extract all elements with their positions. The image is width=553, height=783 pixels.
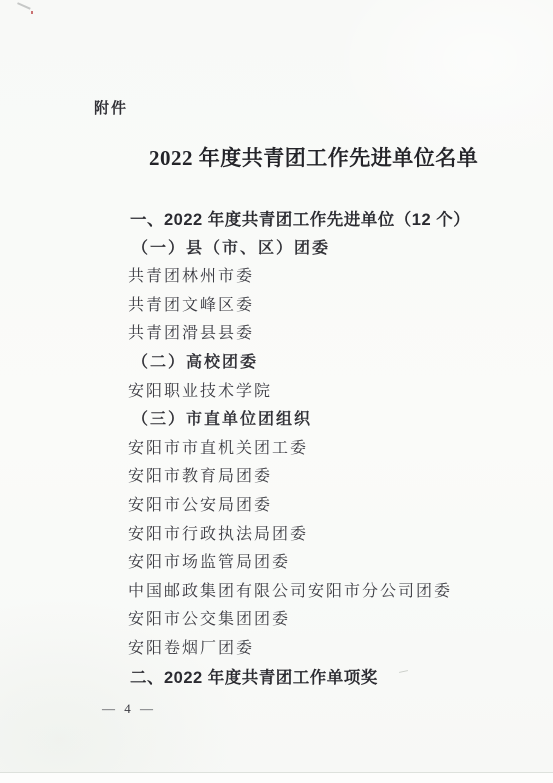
list-item: 安阳市公安局团委 <box>0 492 553 521</box>
sub-heading: （三）市直单位团组织 <box>0 406 553 435</box>
scan-red-speck-artifact <box>31 11 33 14</box>
list-item: 共青团文峰区委 <box>0 292 553 321</box>
page-number: — 4 — <box>102 700 156 718</box>
list-item: 共青团林州市委 <box>0 263 553 292</box>
attachment-label: 附件 <box>94 97 128 121</box>
scanned-document-page: 附件 2022 年度共青团工作先进单位名单 一、2022 年度共青团工作先进单位… <box>0 0 553 783</box>
scan-edge-strip <box>0 773 553 783</box>
list-item: 中国邮政集团有限公司安阳市分公司团委 <box>0 578 553 607</box>
list-item: 安阳市教育局团委 <box>0 463 553 492</box>
list-item: 安阳市市直机关团工委 <box>0 435 553 464</box>
document-title: 2022 年度共青团工作先进单位名单 <box>149 142 478 174</box>
list-item: 安阳卷烟厂团委 <box>0 635 553 664</box>
list-item: 安阳市公交集团团委 <box>0 606 553 635</box>
list-item: 安阳市行政执法局团委 <box>0 521 553 550</box>
list-item: 共青团滑县县委 <box>0 320 553 349</box>
scan-corner-artifact <box>17 2 30 9</box>
section-heading: 二、2022 年度共青团工作单项奖 <box>0 664 553 693</box>
list-item: 安阳市场监管局团委 <box>0 549 553 578</box>
sub-heading: （二）高校团委 <box>0 349 553 378</box>
section-heading: 一、2022 年度共青团工作先进单位（12 个） <box>0 206 553 235</box>
list-item: 安阳职业技术学院 <box>0 378 553 407</box>
sub-heading: （一）县（市、区）团委 <box>0 235 553 264</box>
document-body: 一、2022 年度共青团工作先进单位（12 个） （一）县（市、区）团委 共青团… <box>0 206 553 692</box>
